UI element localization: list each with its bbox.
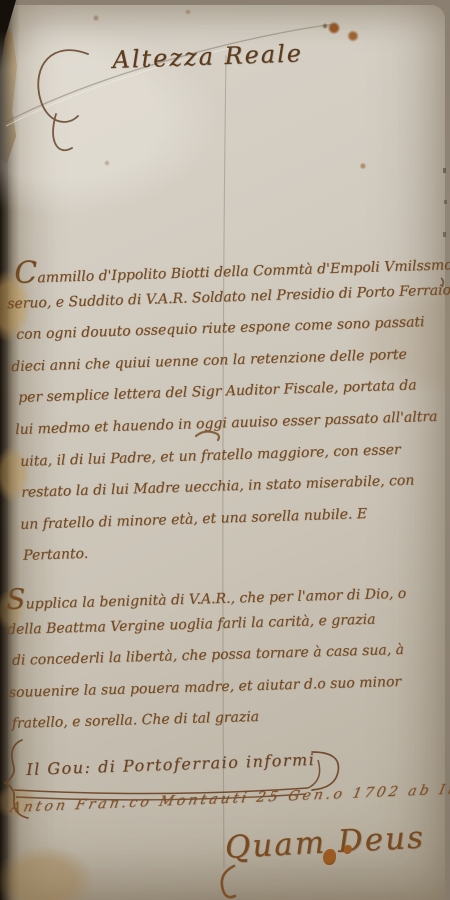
manuscript-photo: { "document": { "kind": "Handwritten pet…	[0, 0, 450, 900]
petition-paragraph-2: Supplica la benignità di V.A.R., che per…	[6, 578, 450, 748]
petition-paragraph-1: Cammillo d'Ippolito Biotti della Commtà …	[14, 250, 450, 579]
ink-blot	[323, 849, 336, 865]
